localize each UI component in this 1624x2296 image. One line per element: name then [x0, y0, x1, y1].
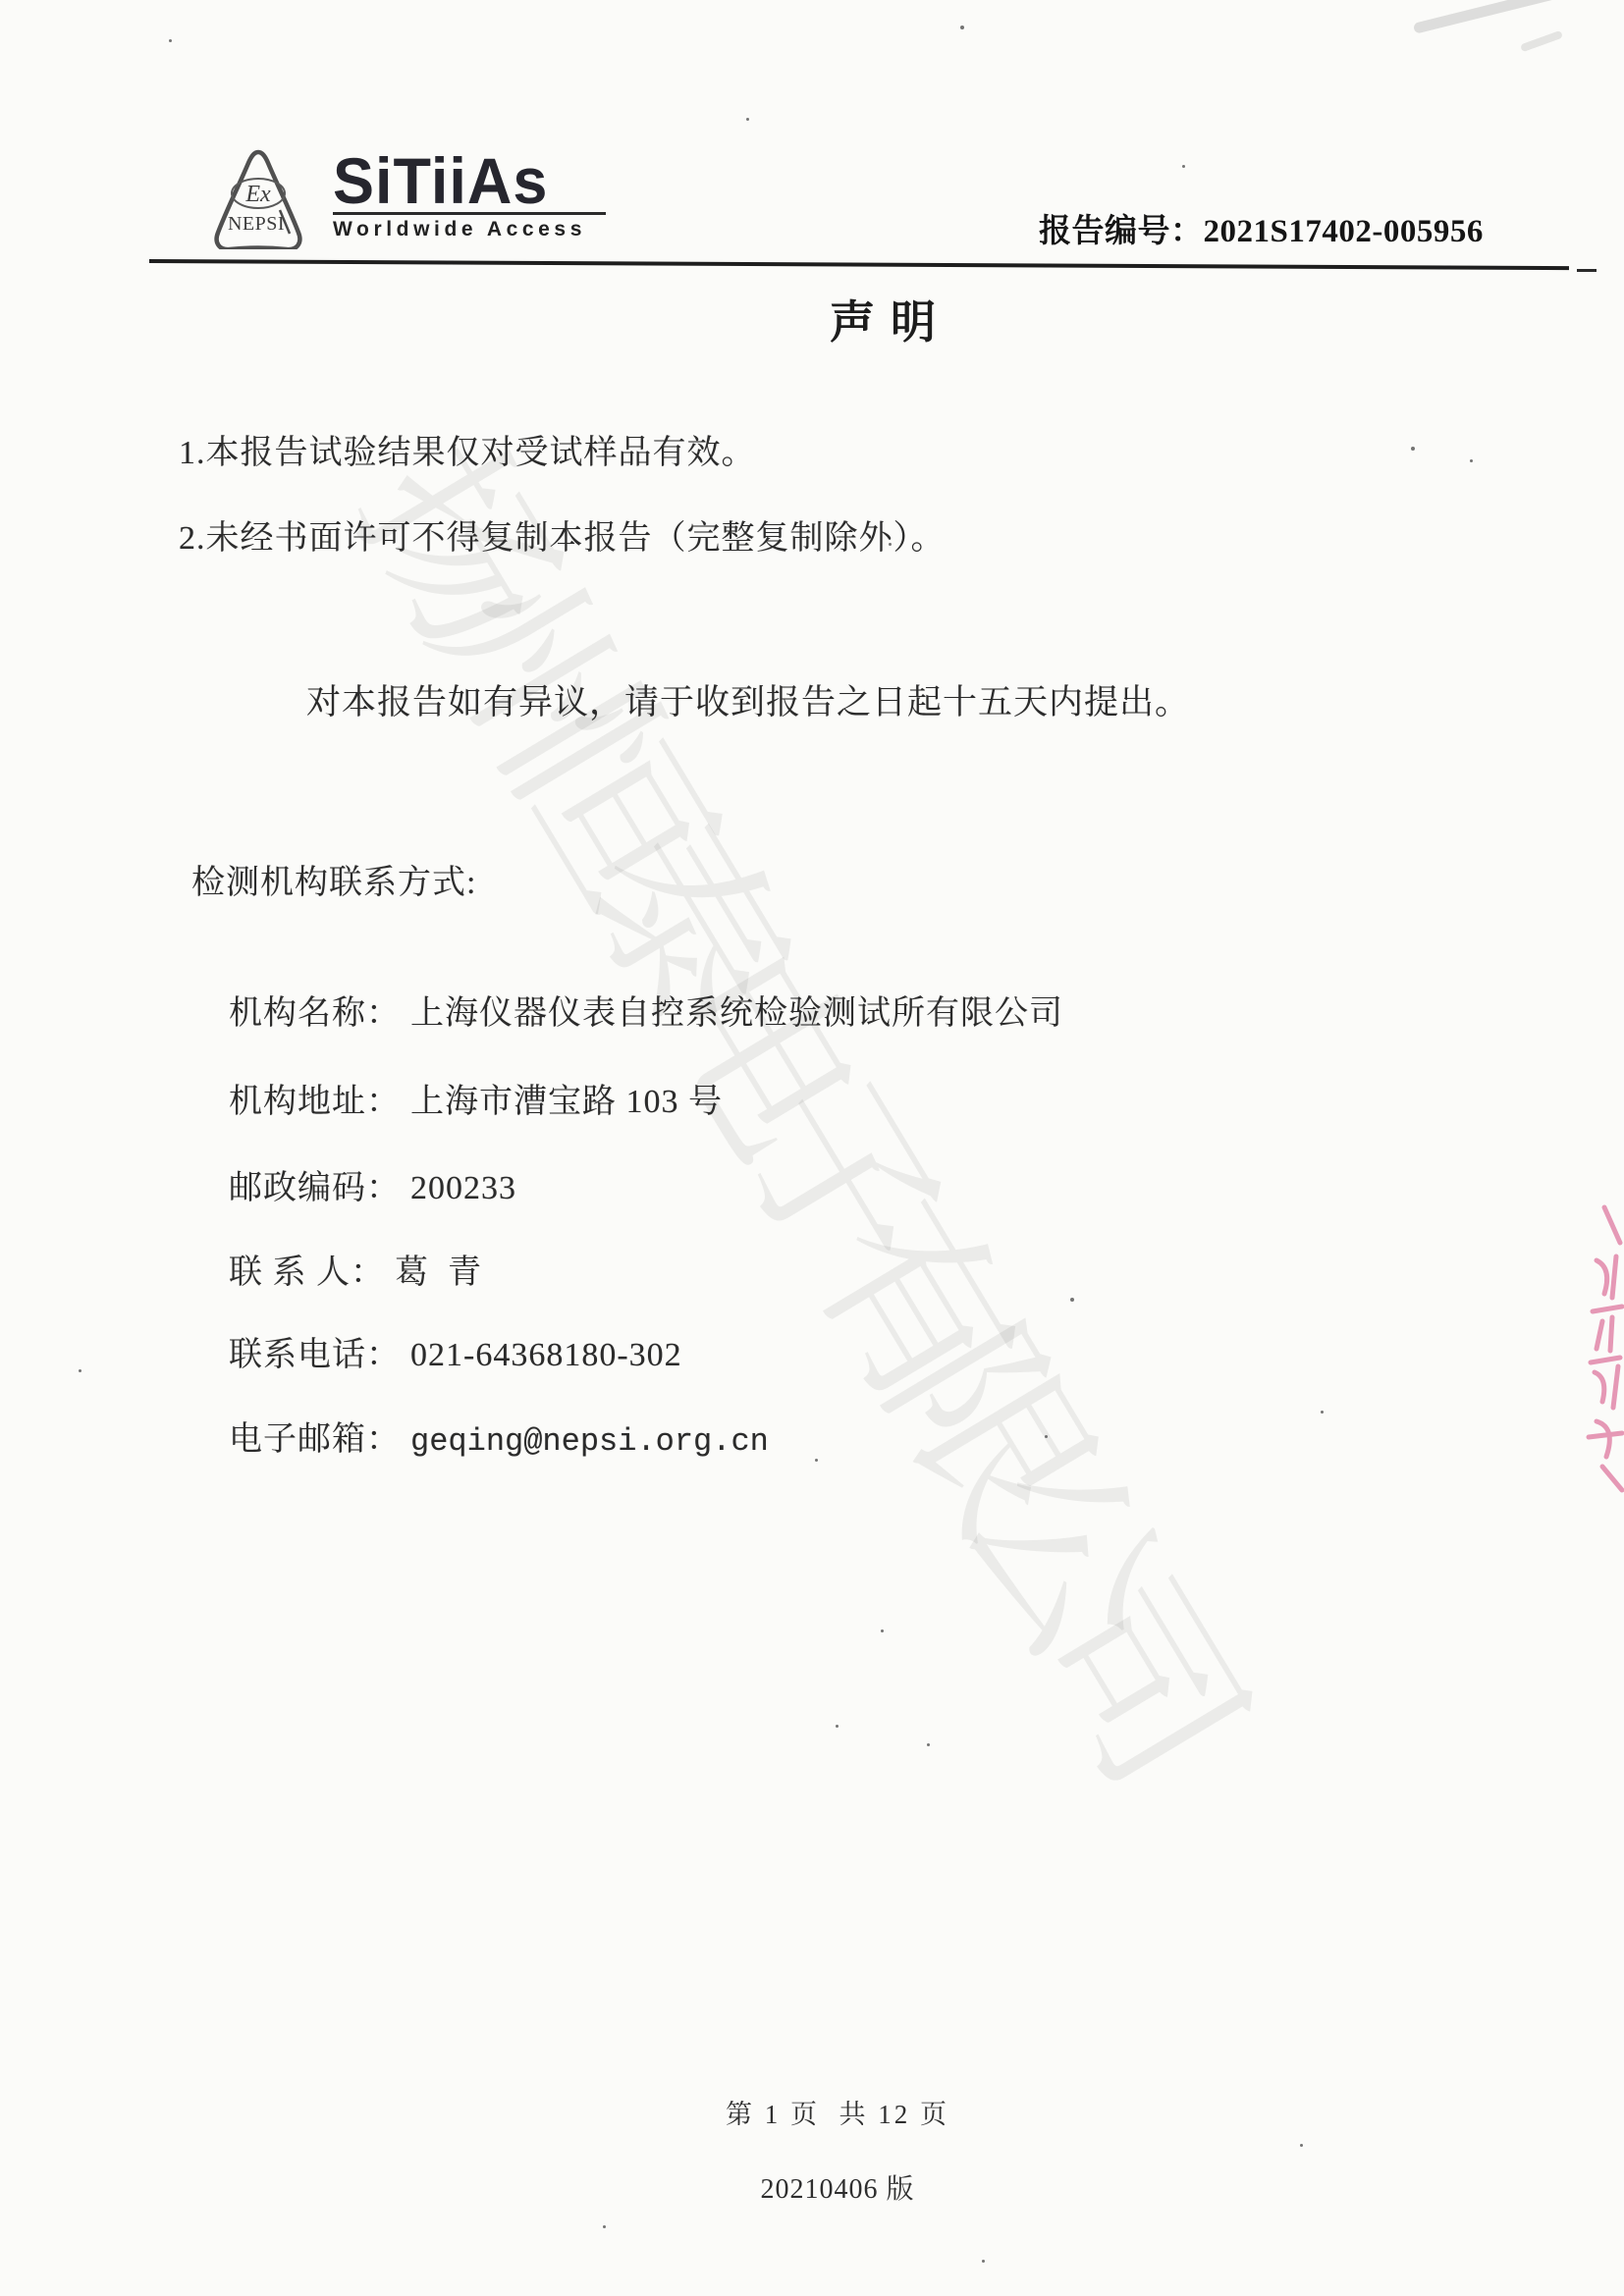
scan-smudge [1413, 0, 1556, 34]
contact-label: 机构地址： [229, 1084, 401, 1120]
report-number-value: 2021S17402-005956 [1204, 214, 1484, 249]
contact-value: 200233 [410, 1170, 516, 1206]
scan-speck [746, 118, 749, 121]
scan-speck [815, 1459, 818, 1462]
scanned-report-page: 扬州恒泰电子有限公司 Ex NEPSI SiTiiAs Worldwide Ac… [0, 0, 1624, 2296]
scan-speck [79, 1369, 81, 1372]
report-number-label: 报告编号： [1039, 214, 1204, 249]
scan-smudge [1520, 30, 1563, 53]
brand-wordmark: SiTiiAs [333, 153, 610, 210]
contact-heading: 检测机构联系方式: [191, 863, 476, 905]
scan-speck [881, 1629, 884, 1632]
contact-label: 电子邮箱： [229, 1421, 401, 1458]
scan-speck [1182, 165, 1185, 168]
statement-1: 1.本报告试验结果仅对受试样品有效。 [179, 433, 756, 475]
scan-speck [1411, 447, 1415, 451]
contact-value-email: geqing@nepsi.org.cn [410, 1423, 769, 1460]
contact-value: 上海市漕宝路 103 号 [410, 1084, 723, 1120]
scan-speck [1045, 1435, 1048, 1438]
header-logo: Ex NEPSI SiTiiAs Worldwide Access [209, 145, 610, 249]
contact-row-email: 电子邮箱：geqing@nepsi.org.cn [191, 1377, 769, 1503]
contact-label: 联 系 人： [229, 1255, 385, 1291]
scan-speck [1470, 459, 1473, 462]
contact-label: 机构名称： [229, 995, 401, 1032]
scan-speck [603, 2225, 606, 2228]
scan-speck [927, 1743, 930, 1746]
scan-speck [1070, 1298, 1074, 1302]
header-rule [149, 259, 1569, 270]
brand-tagline: Worldwide Access [333, 218, 610, 241]
contact-label: 邮政编码： [229, 1170, 401, 1206]
scan-speck [836, 1725, 839, 1728]
contact-label: 联系电话： [229, 1337, 401, 1373]
objection-notice: 对本报告如有异议，请于收到报告之日起十五天内提出。 [306, 681, 1190, 724]
header-rule-dash [1577, 269, 1597, 272]
page-title: 声明 [830, 287, 951, 351]
scan-speck [982, 2260, 985, 2263]
scan-speck [960, 26, 964, 29]
contact-value: 上海仪器仪表自控系统检验测试所有限公司 [410, 995, 1063, 1032]
scan-speck [889, 543, 892, 546]
brand-block: SiTiiAs Worldwide Access [333, 145, 610, 241]
contact-value: 葛 青 [395, 1255, 482, 1291]
scan-speck [1321, 1411, 1324, 1414]
scan-speck [169, 39, 172, 42]
statement-2: 2.未经书面许可不得复制本报告（完整复制除外）。 [179, 518, 946, 561]
report-number: 报告编号：2021S17402-005956 [1039, 205, 1484, 251]
nepsi-ex-badge-icon: Ex NEPSI [209, 145, 307, 249]
contact-value: 021-64368180-302 [410, 1337, 682, 1373]
partial-red-stamp [1567, 1200, 1624, 1496]
badge-ex-text: Ex [244, 182, 271, 207]
scan-speck [1300, 2144, 1303, 2147]
page-number: 第 1 页 共 12 页 [0, 2093, 1624, 2131]
badge-nepsi-text: NEPSI [228, 213, 285, 235]
version-line: 20210406 版 [0, 2167, 1624, 2207]
